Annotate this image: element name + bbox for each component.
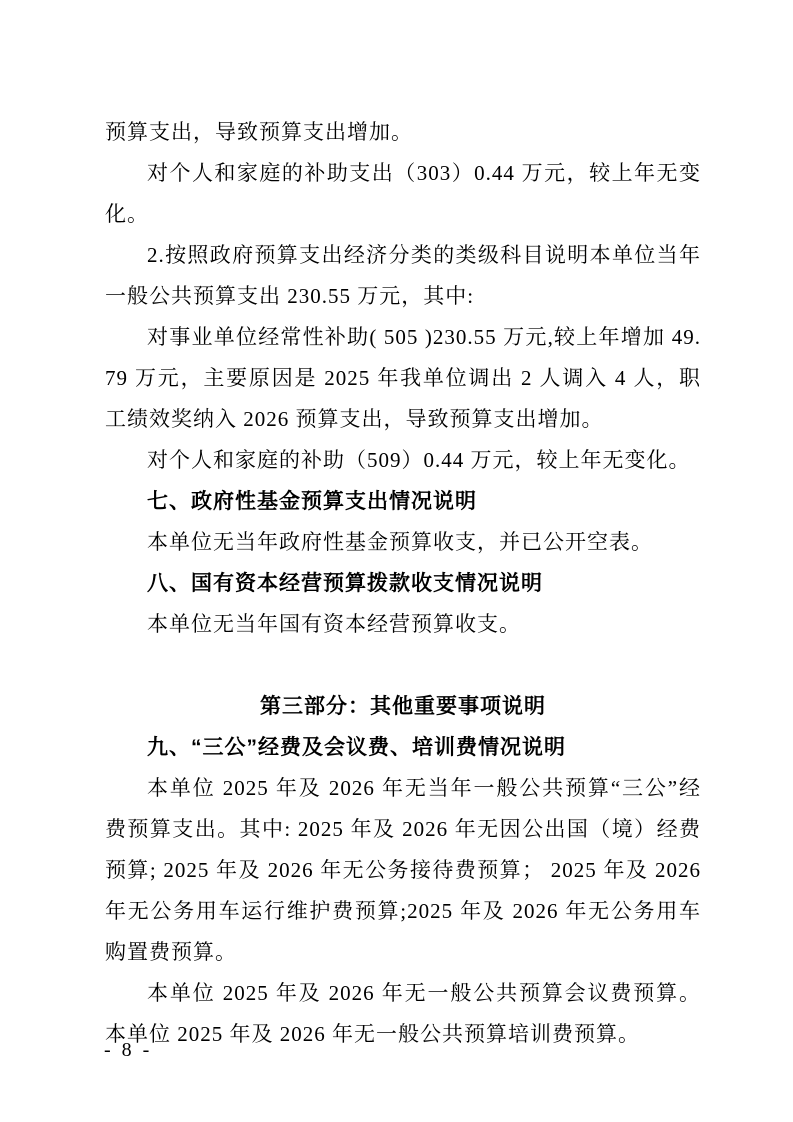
heading-section-nine: 九、“三公”经费及会议费、培训费情况说明: [105, 727, 701, 768]
paragraph-subsidy-509: 对个人和家庭的补助（509）0.44 万元，较上年无变化。: [105, 440, 701, 481]
paragraph-state-capital: 本单位无当年国有资本经营预算收支。: [105, 604, 701, 645]
paragraph-three-public-expense: 本单位 2025 年及 2026 年无当年一般公共预算“三公”经费预算支出。其中…: [105, 768, 701, 973]
blank-line-spacer: [105, 645, 701, 686]
paragraph-gov-fund: 本单位无当年政府性基金预算收支，并已公开空表。: [105, 522, 701, 563]
document-body: 预算支出，导致预算支出增加。 对个人和家庭的补助支出（303）0.44 万元，较…: [105, 112, 701, 1055]
heading-part-three: 第三部分：其他重要事项说明: [105, 686, 701, 727]
paragraph-continuation: 预算支出，导致预算支出增加。: [105, 112, 701, 153]
heading-section-seven: 七、政府性基金预算支出情况说明: [105, 481, 701, 522]
document-page: 预算支出，导致预算支出增加。 对个人和家庭的补助支出（303）0.44 万元，较…: [0, 0, 793, 1122]
paragraph-meeting-training: 本单位 2025 年及 2026 年无一般公共预算会议费预算。本单位 2025 …: [105, 973, 701, 1055]
paragraph-economic-classification: 2.按照政府预算支出经济分类的类级科目说明本单位当年一般公共预算支出 230.5…: [105, 235, 701, 317]
page-number: - 8 -: [104, 1036, 152, 1064]
paragraph-institution-subsidy-505: 对事业单位经常性补助( 505 )230.55 万元,较上年增加 49.79 万…: [105, 317, 701, 440]
heading-section-eight: 八、国有资本经营预算拨款收支情况说明: [105, 563, 701, 604]
paragraph-subsidy-303: 对个人和家庭的补助支出（303）0.44 万元，较上年无变化。: [105, 153, 701, 235]
